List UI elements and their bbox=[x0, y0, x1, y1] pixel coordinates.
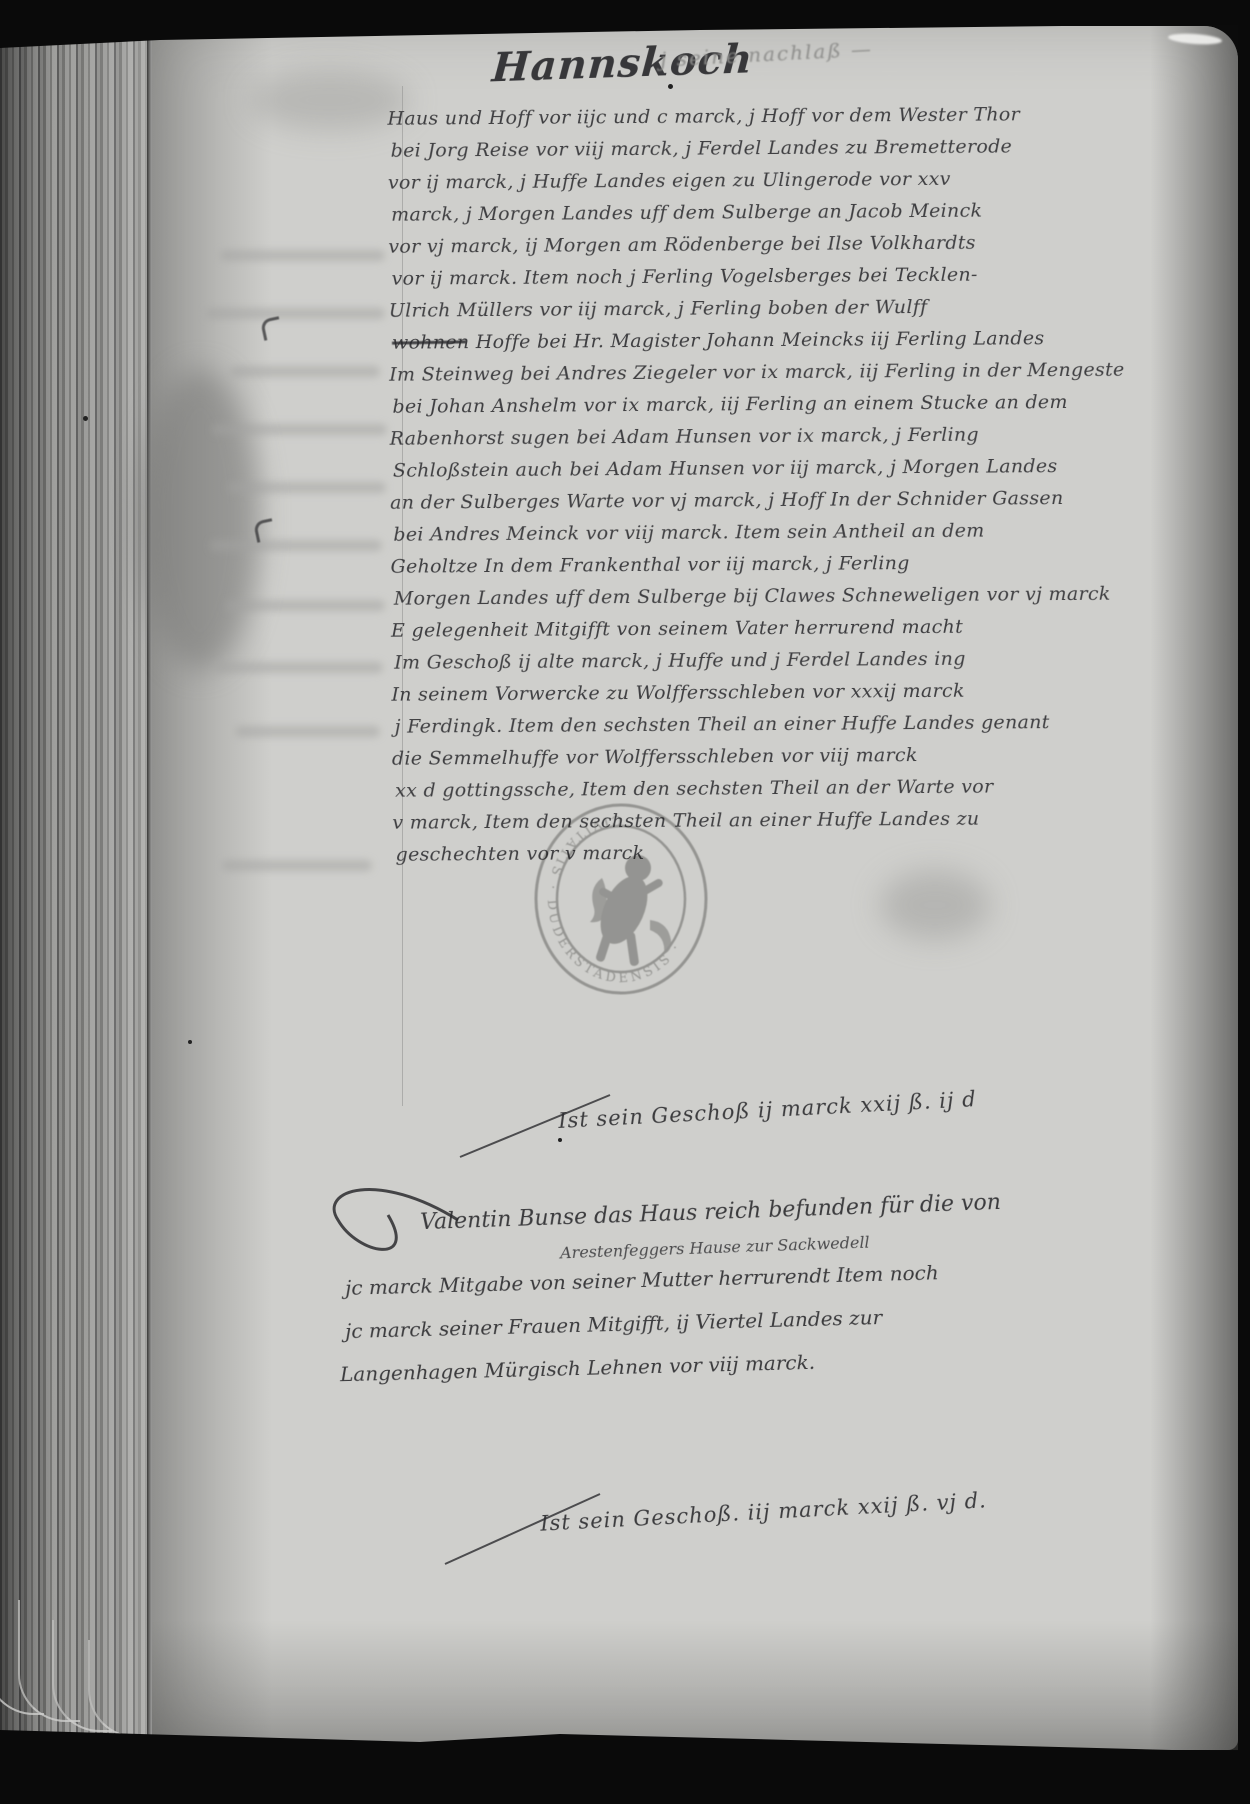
paper-stain bbox=[880, 870, 990, 940]
bleedthrough-text bbox=[228, 482, 386, 493]
bleedthrough-text bbox=[210, 540, 382, 551]
manuscript-line: vor ij marck. Item noch j Ferling Vogels… bbox=[391, 257, 1158, 294]
manuscript-line: vor ij marck, j Huffe Landes eigen zu Ul… bbox=[388, 161, 1158, 198]
lion-rampant-icon bbox=[590, 855, 671, 966]
manuscript-line: xx d gottingssche, Item den sechsten The… bbox=[395, 769, 1162, 806]
photo-background-right bbox=[1238, 0, 1250, 1804]
manuscript-line: Geholtze In dem Frankenthal vor iij marc… bbox=[390, 545, 1160, 582]
manuscript-line: die Semmelhuffe vor Wolffersschleben vor… bbox=[392, 737, 1162, 774]
bleedthrough-text bbox=[225, 600, 385, 611]
bleedthrough-text bbox=[235, 726, 380, 737]
manuscript-line: v marck, Item den sechsten Theil an eine… bbox=[392, 801, 1162, 838]
bleedthrough-text bbox=[215, 662, 383, 673]
manuscript-line: vor vj marck, ij Morgen am Rödenberge be… bbox=[388, 225, 1158, 262]
manuscript-line: marck, j Morgen Landes uff dem Sulberge … bbox=[391, 193, 1158, 230]
manuscript-line: geschechten vor v marck bbox=[395, 833, 1162, 870]
ink-speck bbox=[188, 1040, 192, 1044]
right-edge-shading bbox=[1150, 26, 1238, 1750]
manuscript-line: an der Sulberges Warte vor vj marck, j H… bbox=[390, 481, 1160, 518]
manuscript-line: bei Johan Anshelm vor ix marck, iij Ferl… bbox=[392, 385, 1159, 422]
book-page-edges bbox=[0, 28, 152, 1740]
manuscript-line: Im Geschoß ij alte marck, j Huffe und j … bbox=[394, 641, 1161, 678]
ink-stain bbox=[140, 370, 260, 670]
manuscript-line: Haus und Hoff vor iijc und c marck, j Ho… bbox=[387, 97, 1157, 134]
main-text-block: Haus und Hoff vor iijc und c marck, j Ho… bbox=[387, 97, 1162, 870]
manuscript-line: Schloßstein auch bei Adam Hunsen vor iij… bbox=[393, 449, 1160, 486]
manuscript-line: bei Andres Meinck vor viij marck. Item s… bbox=[393, 513, 1160, 550]
manuscript-line: bei Jorg Reise vor viij marck, j Ferdel … bbox=[391, 129, 1158, 166]
manuscript-line: wohnen Hoffe bei Hr. Magister Johann Mei… bbox=[392, 321, 1159, 358]
ink-speck bbox=[83, 416, 88, 421]
bleedthrough-text bbox=[220, 250, 385, 261]
manuscript-line: Ulrich Müllers vor iij marck, j Ferling … bbox=[389, 289, 1159, 326]
manuscript-photo: Hannskoch j seine nachlaß — Haus und Hof… bbox=[0, 0, 1250, 1804]
manuscript-line: E gelegenheit Mitgifft von seinem Vater … bbox=[391, 609, 1161, 646]
manuscript-line: j Ferdingk. Item den sechsten Theil an e… bbox=[395, 705, 1162, 742]
bleedthrough-text bbox=[212, 424, 387, 435]
bleedthrough-text bbox=[205, 308, 385, 319]
manuscript-line: Rabenhorst sugen bei Adam Hunsen vor ix … bbox=[390, 417, 1160, 454]
manuscript-line: Im Steinweg bei Andres Ziegeler vor ix m… bbox=[389, 353, 1159, 390]
bleedthrough-text bbox=[222, 860, 372, 871]
page-edge-curve bbox=[0, 1585, 44, 1715]
manuscript-line: In seinem Vorwercke zu Wolffersschleben … bbox=[391, 673, 1161, 710]
bleedthrough-text bbox=[230, 366, 380, 377]
paper-stain bbox=[250, 70, 410, 130]
gutter-shading bbox=[152, 26, 272, 1750]
bottom-shading bbox=[152, 1620, 1238, 1750]
manuscript-line: Morgen Landes uff dem Sulberge bij Clawe… bbox=[394, 577, 1161, 614]
city-seal-stamp: CIVITATIS · DUDERSTADENSIS · bbox=[532, 800, 710, 998]
